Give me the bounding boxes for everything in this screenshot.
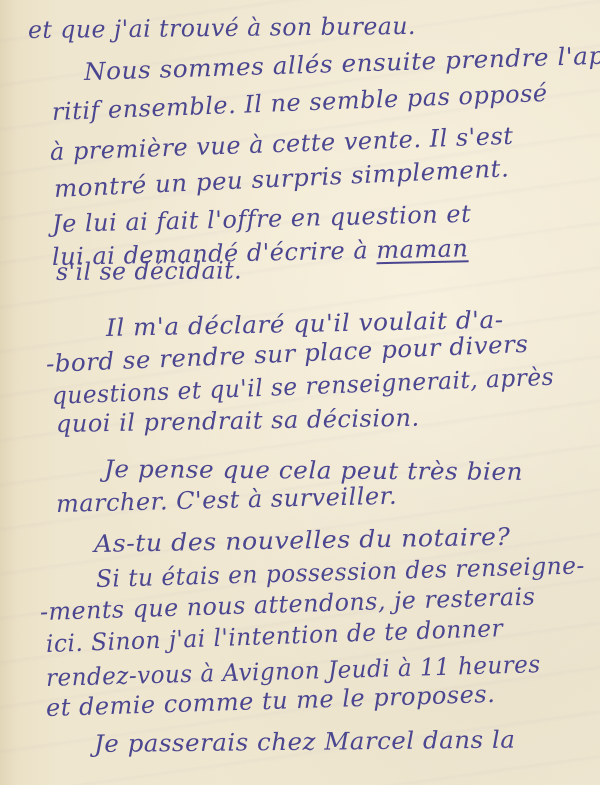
letter-line: et que j'ai trouvé à son bureau. [28, 12, 416, 44]
letter-line: As-tu des nouvelles du notaire? [94, 523, 511, 558]
letter-line: ritif ensemble. Il ne semble pas opposé [51, 79, 548, 126]
underlined-word: maman [376, 234, 469, 264]
letter-line: Je passerais chez Marcel dans la [94, 726, 516, 758]
letter-line: quoi il prendrait sa décision. [56, 404, 420, 438]
letter-line: Je pense que cela peut très bien [104, 455, 523, 486]
letter-line: s'il se décidait. [56, 256, 242, 286]
letter-line: Je lui ai fait l'offre en question et [52, 200, 472, 238]
letter-line: marcher. C'est à surveiller. [56, 482, 398, 518]
letter-page: et que j'ai trouvé à son bureau. Nous so… [0, 0, 600, 785]
